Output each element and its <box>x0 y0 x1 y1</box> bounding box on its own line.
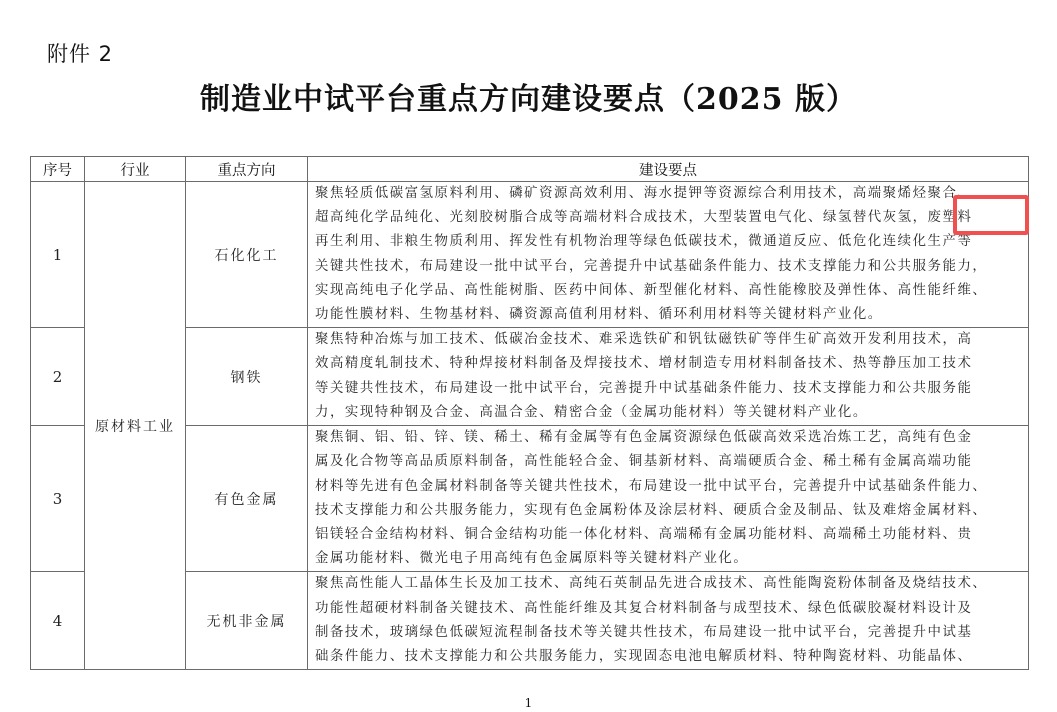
construction-points-cell: 聚焦铜、铝、铅、锌、镁、稀土、稀有金属等有色金属资源绿色低碳高效采选冶炼工艺，高… <box>308 426 1029 572</box>
text-line: 金属功能材料、微光电子用高纯有色金属原料等关键材料产业化。 <box>315 547 1024 571</box>
text-line: 力，实现特种钢及合金、高温合金、精密合金（金属功能材料）等关键材料产业化。 <box>315 401 1024 425</box>
text-line: 技术支撑能力和公共服务能力，实现有色金属粉体及涂层材料、硬质合金及制品、钛及难熔… <box>315 499 1024 523</box>
construction-points-cell: 聚焦高性能人工晶体生长及加工技术、高纯石英制品先进合成技术、高性能陶瓷粉体制备及… <box>308 572 1029 670</box>
header-serial-no: 序号 <box>31 157 85 182</box>
text-line: 超高纯化学品纯化、光刻胶树脂合成等高端材料合成技术，大型装置电气化、绿氢替代灰氢… <box>315 206 1024 230</box>
attachment-label: 附件 2 <box>47 38 113 68</box>
page-title: 制造业中试平台重点方向建设要点（2025 版） <box>0 74 1057 118</box>
text-line: 属及化合物等高品质原料制备，高性能轻合金、铜基新材料、高端硬质合金、稀土稀有金属… <box>315 450 1024 474</box>
text-line: 关键共性技术，布局建设一批中试平台，完善提升中试基础条件能力、技术支撑能力和公共… <box>315 255 1024 279</box>
construction-points-cell: 聚焦特种冶炼与加工技术、低碳冶金技术、难采选铁矿和钒钛磁铁矿等伴生矿高效开发利用… <box>308 328 1029 426</box>
serial-no-cell: 3 <box>31 426 85 572</box>
serial-no-cell: 2 <box>31 328 85 426</box>
table-header-row: 序号 行业 重点方向 建设要点 <box>31 157 1029 182</box>
direction-cell: 有色金属 <box>186 426 308 572</box>
text-line: 功能性超硬材料制备关键技术、高性能纤维及其复合材料制备与成型技术、绿色低碳胶凝材… <box>315 597 1024 621</box>
text-line: 功能性膜材料、生物基材料、磷资源高值利用材料、循环利用材料等关键材料产业化。 <box>315 303 1024 327</box>
header-construction-points: 建设要点 <box>308 157 1029 182</box>
text-line: 聚焦高性能人工晶体生长及加工技术、高纯石英制品先进合成技术、高性能陶瓷粉体制备及… <box>315 572 1024 596</box>
text-line: 础条件能力、技术支撑能力和公共服务能力，实现固态电池电解质材料、特种陶瓷材料、功… <box>315 645 1024 669</box>
header-industry: 行业 <box>85 157 186 182</box>
industry-cell: 原材料工业 <box>85 182 186 670</box>
serial-no-cell: 1 <box>31 182 85 328</box>
text-line: 等关键共性技术，布局建设一批中试平台，完善提升中试基础条件能力、技术支撑能力和公… <box>315 377 1024 401</box>
text-line: 聚焦特种冶炼与加工技术、低碳冶金技术、难采选铁矿和钒钛磁铁矿等伴生矿高效开发利用… <box>315 328 1024 352</box>
table-row: 1 原材料工业 石化化工 聚焦轻质低碳富氢原料利用、磷矿资源高效利用、海水提钾等… <box>31 182 1029 328</box>
direction-cell: 石化化工 <box>186 182 308 328</box>
key-points-table: 序号 行业 重点方向 建设要点 1 原材料工业 石化化工 聚焦轻质低碳富氢原料利… <box>30 156 1029 670</box>
text-line: 制备技术，玻璃绿色低碳短流程制备技术等关键共性技术，布局建设一批中试平台，完善提… <box>315 621 1024 645</box>
text-line: 材料等先进有色金属材料制备等关键共性技术，布局建设一批中试平台，完善提升中试基础… <box>315 475 1024 499</box>
text-line: 聚焦铜、铝、铅、锌、镁、稀土、稀有金属等有色金属资源绿色低碳高效采选冶炼工艺，高… <box>315 426 1024 450</box>
text-line: 效高精度轧制技术、特种焊接材料制备及焊接技术、增材制造专用材料制备技术、热等静压… <box>315 352 1024 376</box>
direction-cell: 钢铁 <box>186 328 308 426</box>
direction-cell: 无机非金属 <box>186 572 308 670</box>
header-key-direction: 重点方向 <box>186 157 308 182</box>
construction-points-cell: 聚焦轻质低碳富氢原料利用、磷矿资源高效利用、海水提钾等资源综合利用技术，高端聚烯… <box>308 182 1029 328</box>
text-line: 聚焦轻质低碳富氢原料利用、磷矿资源高效利用、海水提钾等资源综合利用技术，高端聚烯… <box>315 182 1024 206</box>
text-line: 铝镁轻合金结构材料、铜合金结构功能一体化材料、高端稀有金属功能材料、高端稀土功能… <box>315 523 1024 547</box>
text-line: 再生利用、非粮生物质利用、挥发性有机物治理等绿色低碳技术，微通道反应、低危化连续… <box>315 230 1024 254</box>
text-line: 实现高纯电子化学品、高性能树脂、医药中间体、新型催化材料、高性能橡胶及弹性体、高… <box>315 279 1024 303</box>
page-number: 1 <box>0 696 1057 710</box>
serial-no-cell: 4 <box>31 572 85 670</box>
